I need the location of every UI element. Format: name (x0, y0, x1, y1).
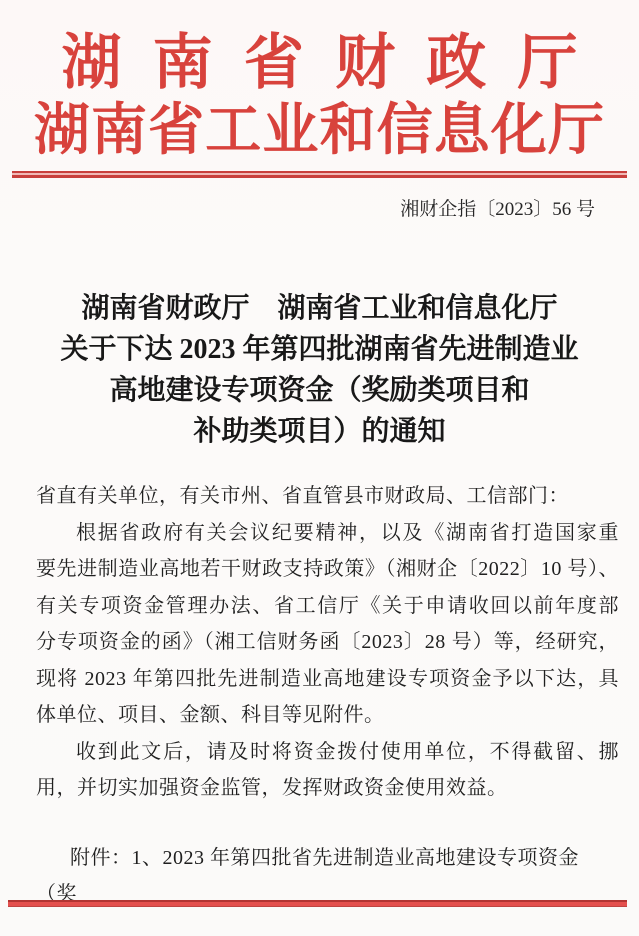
body-line: 根据省政府有关会议纪要精神，以及《湖南省打造国家重 (36, 515, 619, 552)
body-line: 用，并切实加强资金监管，发挥财政资金使用效益。 (36, 770, 619, 807)
letterhead-agency-finance: 湖南省财政厅 (0, 28, 639, 98)
official-document-page: 湖南省财政厅 湖南省工业和信息化厅 湘财企指〔2023〕56 号 湖南省财政厅 … (0, 0, 639, 936)
body-line: 有关专项资金管理办法、省工信厅《关于申请收回以前年度部 (36, 588, 619, 625)
title-line: 湖南省财政厅 湖南省工业和信息化厅 (0, 288, 639, 329)
title-line: 高地建设专项资金（奖励类项目和 (0, 370, 639, 411)
body-line: 分专项资金的函》（湘工信财务函〔2023〕28 号）等，经研究， (36, 624, 619, 661)
body-line: 现将 2023 年第四批先进制造业高地建设专项资金予以下达，具 (36, 661, 619, 698)
letterhead-agency-miit: 湖南省工业和信息化厅 (0, 98, 639, 164)
body-line-salutation: 省直有关单位，有关市州、省直管县市财政局、工信部门： (36, 478, 619, 515)
title-line: 关于下达 2023 年第四批湖南省先进制造业 (0, 329, 639, 370)
document-title: 湖南省财政厅 湖南省工业和信息化厅 关于下达 2023 年第四批湖南省先进制造业… (0, 288, 639, 452)
letterhead-divider-bottom-bar (12, 175, 627, 178)
document-body: 省直有关单位，有关市州、省直管县市财政局、工信部门： 根据省政府有关会议纪要精神… (36, 478, 619, 913)
body-line: 要先进制造业高地若干财政支持政策》（湘财企〔2022〕10 号）、 (36, 551, 619, 588)
document-number: 湘财企指〔2023〕56 号 (0, 195, 639, 225)
letterhead: 湖南省财政厅 湖南省工业和信息化厅 (0, 0, 639, 164)
body-line: 收到此文后，请及时将资金拨付使用单位，不得截留、挪 (36, 734, 619, 771)
footer-divider (8, 900, 627, 907)
body-line: 体单位、项目、金额、科目等见附件。 (36, 697, 619, 734)
title-line: 补助类项目）的通知 (0, 411, 639, 452)
letterhead-divider (12, 171, 627, 178)
